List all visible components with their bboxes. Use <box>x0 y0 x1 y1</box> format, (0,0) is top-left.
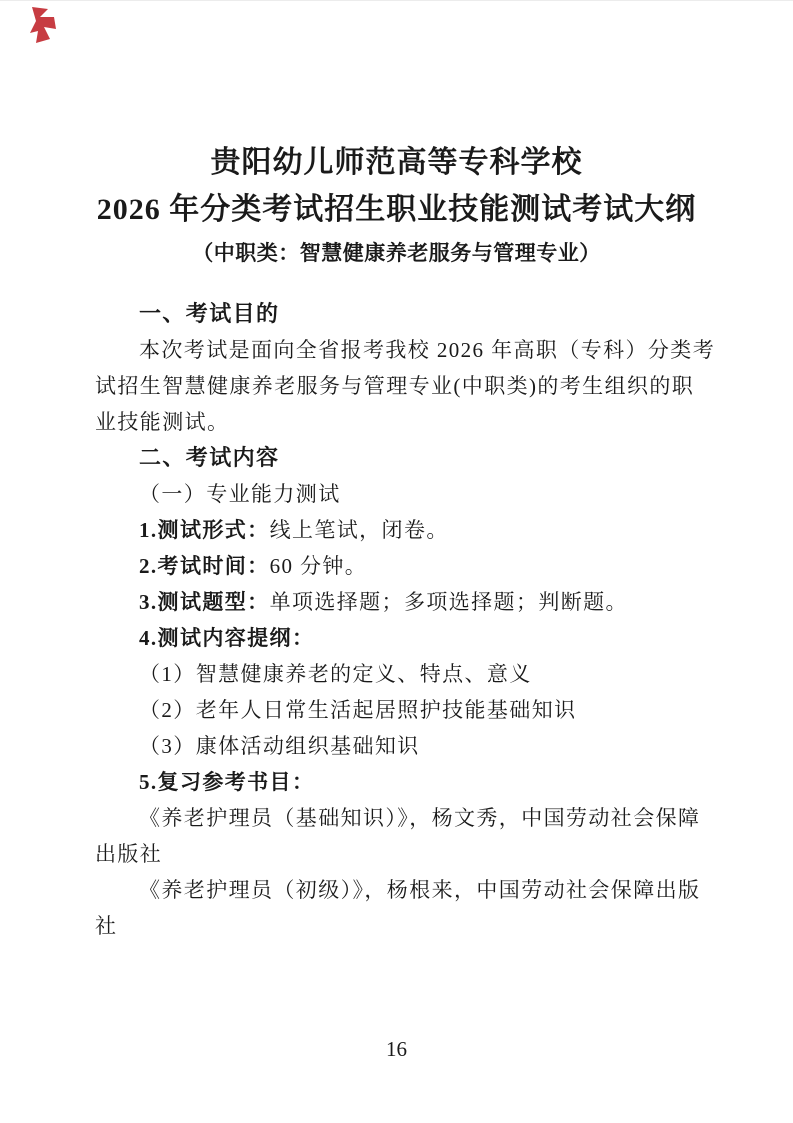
item-exam-duration: 2.考试时间：60 分钟。 <box>95 548 698 584</box>
reference-book-line: 社 <box>95 908 698 944</box>
paragraph-line: 试招生智慧健康养老服务与管理专业(中职类)的考生组织的职 <box>95 368 698 404</box>
document-page: 贵阳幼儿师范高等专科学校 2026 年分类考试招生职业技能测试考试大纲 （中职类… <box>0 1 793 1123</box>
heading-text: 一、考试目的 <box>139 301 279 326</box>
page-title-line1: 贵阳幼儿师范高等专科学校 <box>0 139 793 186</box>
item-label: 4.测试内容提纲： <box>139 626 314 650</box>
reference-book-line: 《养老护理员（基础知识）》，杨文秀，中国劳动社会保障 <box>95 800 698 836</box>
paragraph-line: 业技能测试。 <box>95 404 698 440</box>
heading-exam-content: 二、考试内容 <box>95 440 698 476</box>
heading-exam-purpose: 一、考试目的 <box>95 296 698 332</box>
item-label: 3.测试题型： <box>139 590 270 614</box>
red-ink-mark-icon <box>26 5 62 49</box>
item-content-outline: 4.测试内容提纲： <box>95 620 698 656</box>
item-reference-books: 5.复习参考书目： <box>95 764 698 800</box>
item-label: 2.考试时间： <box>139 554 270 578</box>
page-title-line2: 2026 年分类考试招生职业技能测试考试大纲 <box>0 186 793 233</box>
document-body: 一、考试目的 本次考试是面向全省报考我校 2026 年高职（专科）分类考 试招生… <box>95 296 698 944</box>
paragraph-line: 本次考试是面向全省报考我校 2026 年高职（专科）分类考 <box>95 332 698 368</box>
subheading-professional-ability-test: （一）专业能力测试 <box>95 476 698 512</box>
heading-text: 二、考试内容 <box>139 445 279 470</box>
page-subtitle: （中职类：智慧健康养老服务与管理专业） <box>0 236 793 270</box>
reference-book-line: 《养老护理员（初级）》，杨根来，中国劳动社会保障出版 <box>95 872 698 908</box>
reference-book-line: 出版社 <box>95 836 698 872</box>
item-label: 5.复习参考书目： <box>139 770 314 794</box>
outline-item-2: （2）老年人日常生活起居照护技能基础知识 <box>95 692 698 728</box>
item-test-format: 1.测试形式：线上笔试，闭卷。 <box>95 512 698 548</box>
item-label: 1.测试形式： <box>139 518 270 542</box>
outline-item-3: （3）康体活动组织基础知识 <box>95 728 698 764</box>
outline-item-1: （1）智慧健康养老的定义、特点、意义 <box>95 656 698 692</box>
item-question-types: 3.测试题型：单项选择题；多项选择题；判断题。 <box>95 584 698 620</box>
page-number: 16 <box>0 1037 793 1062</box>
document-header: 贵阳幼儿师范高等专科学校 2026 年分类考试招生职业技能测试考试大纲 （中职类… <box>0 1 793 270</box>
